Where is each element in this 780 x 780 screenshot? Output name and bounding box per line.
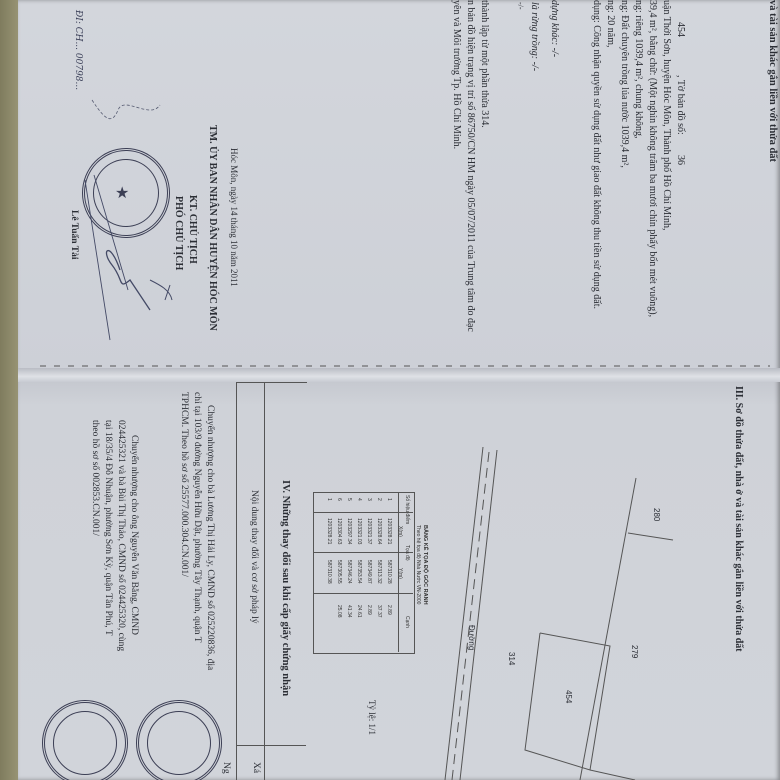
coord-cell-point: 5 <box>346 498 352 501</box>
neighbor-parcel-279: 279 <box>628 645 640 658</box>
coord-cell-edge: 2.89 <box>386 605 392 615</box>
change-entry-2-line-3: tại 18/35/4 Đỗ Nhuận, phường Sơn Kỳ, quậ… <box>102 420 114 636</box>
coord-cell-x: 1203321.37 <box>366 518 372 544</box>
neighbor-parcel-280: 280 <box>650 508 662 521</box>
coord-table-subtitle: Theo hệ tọa độ Nhà Nước VN-2000 <box>415 525 421 604</box>
change-entry-2-line-4: theo hồ sơ số 002853.CN.001/ <box>89 420 101 536</box>
section-IV-table <box>236 382 307 780</box>
coord-cell-point: 2 <box>376 498 382 501</box>
road-label: Đường <box>465 625 477 650</box>
coord-cell-point: 6 <box>336 498 342 501</box>
coord-cell-edge: 37.37 <box>376 605 382 618</box>
coord-cell-y: 587310.38 <box>326 560 332 584</box>
coord-cell-x: 1203328.21 <box>326 518 332 544</box>
coord-cell-edge: 2.89 <box>366 605 372 615</box>
col-header-edge: Cạnh <box>404 616 410 628</box>
coord-cell-edge: 24.61 <box>356 605 362 618</box>
col-header-point: Số hiệu điểm <box>404 495 410 524</box>
coord-cell-y: 587353.54 <box>356 560 362 584</box>
change-entry-1-line-1: Chuyển nhượng cho bà Lương Thị Hải Ly, C… <box>204 405 216 670</box>
col-header-x: X(m) <box>397 526 403 537</box>
section-IV-title: IV. Những thay đổi sau khi cấp giấy chứn… <box>279 480 291 696</box>
coord-cell-point: 1 <box>326 498 332 501</box>
coord-cell-y: 587349.87 <box>366 560 372 584</box>
coord-cell-edge: 41.34 <box>346 605 352 618</box>
col-header-group: Tọa độ <box>404 545 410 561</box>
coord-cell-x: 1203297.34 <box>346 518 352 544</box>
change-entry-2-line-2: 024425321 và bà Bùi Thị Thảo, CMND số 02… <box>115 420 127 651</box>
main-parcel-454: 454 <box>562 690 574 703</box>
neighbor-parcel-314: 314 <box>505 652 517 665</box>
coord-cell-edge: 25.08 <box>336 605 342 618</box>
change-entry-2-line-1: Chuyển nhượng cho ông Nguyễn Văn Bằng, C… <box>128 435 140 635</box>
coord-cell-y: 587310.28 <box>386 560 392 584</box>
coord-cell-x: 1203328.64 <box>376 518 382 544</box>
coord-cell-y: 587305.55 <box>336 560 342 584</box>
map-scale: Tỷ lệ: 1/1 <box>366 700 378 735</box>
coord-cell-y: 587313.32 <box>376 560 382 584</box>
coord-cell-point: 4 <box>356 498 362 501</box>
coord-cell-x: 1203304.63 <box>336 518 342 544</box>
parcel-map-diagram <box>0 0 780 780</box>
col-date: Ng <box>220 762 232 774</box>
coord-table-title: BẢNG KÊ TỌA ĐỘ GÓC RANH <box>422 525 428 605</box>
coord-cell-point: 3 <box>366 498 372 501</box>
col-confirm: Xá <box>250 762 262 773</box>
registration-office-seal-1 <box>136 700 222 780</box>
coord-cell-x: 1203321.03 <box>356 518 362 544</box>
coord-cell-point: 1 <box>386 498 392 501</box>
change-entry-1-line-3: TPHCM. Theo hồ sơ số 25577.000.304.CN.00… <box>178 392 190 577</box>
coord-cell-x: 1203328.21 <box>386 518 392 544</box>
col-change-content: Nội dung thay đổi và cơ sở pháp lý <box>248 490 260 624</box>
coord-cell-y: 587346.24 <box>346 560 352 584</box>
registration-office-seal-2 <box>42 700 128 780</box>
col-header-y: Y(m) <box>397 568 403 579</box>
change-entry-1-line-2: chỉ tại 103/9 đường Nguyễn Hữu Dật, phườ… <box>191 392 203 643</box>
